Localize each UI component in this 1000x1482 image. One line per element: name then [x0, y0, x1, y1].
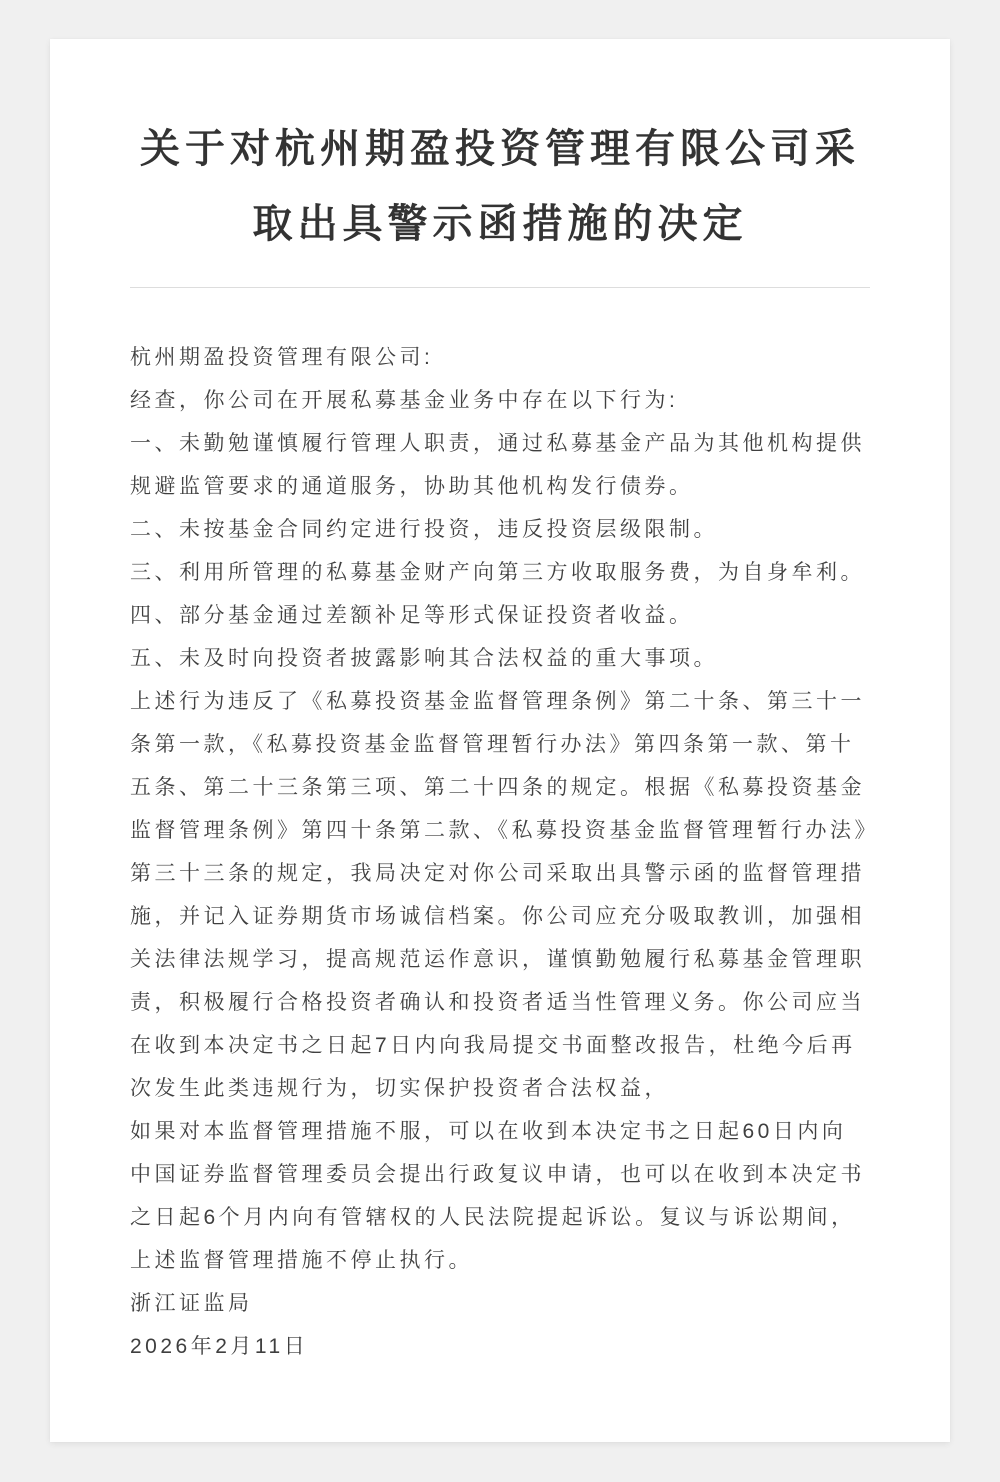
page-background: 关于对杭州期盈投资管理有限公司采取出具警示函措施的决定 杭州期盈投资管理有限公司… [0, 0, 1000, 1482]
violation-item-4: 四、部分基金通过差额补足等形式保证投资者收益。 [130, 594, 870, 637]
document-card: 关于对杭州期盈投资管理有限公司采取出具警示函措施的决定 杭州期盈投资管理有限公司… [50, 39, 950, 1442]
violation-item-1: 一、未勤勉谨慎履行管理人职责，通过私募基金产品为其他机构提供规避监管要求的通道服… [130, 422, 870, 508]
intro-paragraph: 经查，你公司在开展私募基金业务中存在以下行为: [130, 379, 870, 422]
violation-item-5: 五、未及时向投资者披露影响其合法权益的重大事项。 [130, 637, 870, 680]
title-divider [130, 287, 870, 288]
issue-date: 2026年2月11日 [130, 1325, 870, 1368]
decision-paragraph: 上述行为违反了《私募投资基金监督管理条例》第二十条、第三十一条第一款，《私募投资… [130, 680, 870, 1110]
document-title: 关于对杭州期盈投资管理有限公司采取出具警示函措施的决定 [130, 112, 870, 262]
violation-item-2: 二、未按基金合同约定进行投资，违反投资层级限制。 [130, 508, 870, 551]
document-body: 杭州期盈投资管理有限公司: 经查，你公司在开展私募基金业务中存在以下行为: 一、… [130, 336, 870, 1368]
violation-item-3: 三、利用所管理的私募基金财产向第三方收取服务费，为自身牟利。 [130, 551, 870, 594]
appeal-paragraph: 如果对本监督管理措施不服，可以在收到本决定书之日起60日内向中国证券监督管理委员… [130, 1110, 870, 1282]
issuer-signature: 浙江证监局 [130, 1282, 870, 1325]
salutation-line: 杭州期盈投资管理有限公司: [130, 336, 870, 379]
